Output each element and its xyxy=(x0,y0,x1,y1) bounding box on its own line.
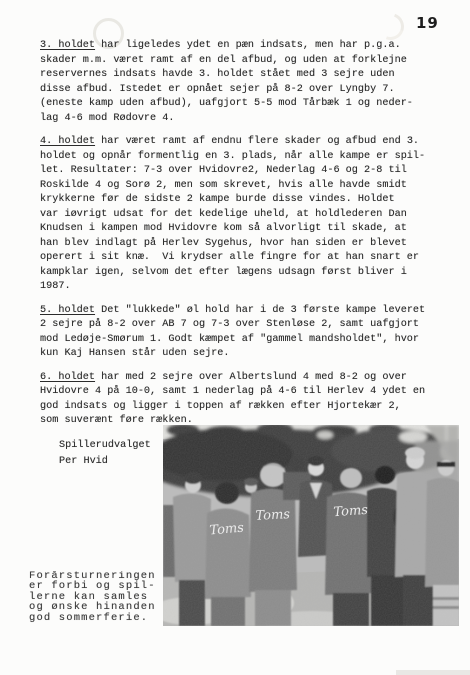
text-line: 1987. xyxy=(40,280,440,295)
text-line: god indsats og ligger i toppen af rækken… xyxy=(40,400,440,415)
paragraph-6-holdet: 6. holdet har med 2 sejre over Albertslu… xyxy=(40,371,440,429)
text-line: 2 sejre på 8-2 over AB 7 og 7-3 over Ste… xyxy=(40,318,440,333)
text-line: kampklar igen, selvom det efter lægens u… xyxy=(40,266,440,281)
text-line: Hvidovre 4 på 10-0, samt 1 nederlag på 4… xyxy=(40,385,440,400)
paragraph-4-holdet: 4. holdet har været ramt af endnu flere … xyxy=(40,135,440,295)
paragraph-first-line: 4. holdet har været ramt af endnu flere … xyxy=(40,135,440,150)
text-line: (eneste kamp uden afbud), uafgjort 5-5 m… xyxy=(40,97,440,112)
paragraph-first-line: 5. holdet Det "lukkede" øl hold har i de… xyxy=(40,304,440,319)
text-line: kun Kaj Hansen står uden sejre. xyxy=(40,347,440,362)
photo-caption: Forårsturneringener forbi og spil-lerne … xyxy=(29,571,163,624)
text-line: krykkerne før de sidste 2 kampe burde di… xyxy=(40,193,440,208)
paragraph-text: har ligeledes ydet en pæn indsats, men h… xyxy=(95,40,401,51)
text-line: Knudsen i kampen mod Hvidovre kom så alv… xyxy=(40,222,440,237)
paragraph-lines: holdet og opnår formentlig en 3. plads, … xyxy=(40,150,440,295)
paragraph-lines: skader m.m. været ramt af en del afbud, … xyxy=(40,54,440,127)
text-line: lag 4-6 mod Rødovre 4. xyxy=(40,112,440,127)
text-line: disse afbud. Istedet er opnået sejer på … xyxy=(40,83,440,98)
team-heading-4: 4. holdet xyxy=(40,136,95,147)
paragraph-lines: 2 sejre på 8-2 over AB 7 og 7-3 over Ste… xyxy=(40,318,440,362)
text-line: operert i sit knæ. Vi krydser alle fingr… xyxy=(40,251,440,266)
page-number: 19 xyxy=(416,14,439,32)
text-line: god sommerferie. xyxy=(29,613,163,623)
text-line: let. Resultater: 7-3 over Hvidovre2, Ned… xyxy=(40,164,440,179)
paragraph-text: Det "lukkede" øl hold har i de 3 første … xyxy=(95,305,425,316)
paragraph-text: har med 2 sejre over Albertslund 4 med 8… xyxy=(95,372,407,383)
paragraph-text: har været ramt af endnu flere skader og … xyxy=(95,136,419,147)
paragraph-lines: Hvidovre 4 på 10-0, samt 1 nederlag på 4… xyxy=(40,385,440,429)
text-line: var iøvrigt udsat for det kedelige uheld… xyxy=(40,208,440,223)
text-line: mod Ledøje-Smørum 1. Godt kæmpet af "gam… xyxy=(40,333,440,348)
text-line: reservernes indsats havde 3. holdet ståe… xyxy=(40,68,440,83)
body-text: 3. holdet har ligeledes ydet en pæn inds… xyxy=(40,39,440,471)
team-photo: Toms Toms Toms xyxy=(163,425,459,626)
text-line: han blev indlagt på Herlev Sygehus, hvor… xyxy=(40,237,440,252)
text-line: holdet og opnår formentlig en 3. plads, … xyxy=(40,150,440,165)
paragraph-3-holdet: 3. holdet har ligeledes ydet en pæn inds… xyxy=(40,39,440,126)
paragraph-5-holdet: 5. holdet Det "lukkede" øl hold har i de… xyxy=(40,304,440,362)
paragraph-first-line: 6. holdet har med 2 sejre over Albertslu… xyxy=(40,371,440,386)
team-heading-3: 3. holdet xyxy=(40,40,95,51)
text-line: og ønske hinanden xyxy=(29,602,163,612)
team-photo-graphic: Toms Toms Toms xyxy=(163,425,459,626)
text-line: Roskilde 4 og Sorø 2, men som skrevet, h… xyxy=(40,179,440,194)
photo-grain-overlay xyxy=(163,425,459,626)
scan-edge-artifact xyxy=(396,670,470,675)
text-line: skader m.m. været ramt af en del afbud, … xyxy=(40,54,440,69)
team-heading-6: 6. holdet xyxy=(40,372,95,383)
team-heading-5: 5. holdet xyxy=(40,305,95,316)
paragraph-first-line: 3. holdet har ligeledes ydet en pæn inds… xyxy=(40,39,440,54)
